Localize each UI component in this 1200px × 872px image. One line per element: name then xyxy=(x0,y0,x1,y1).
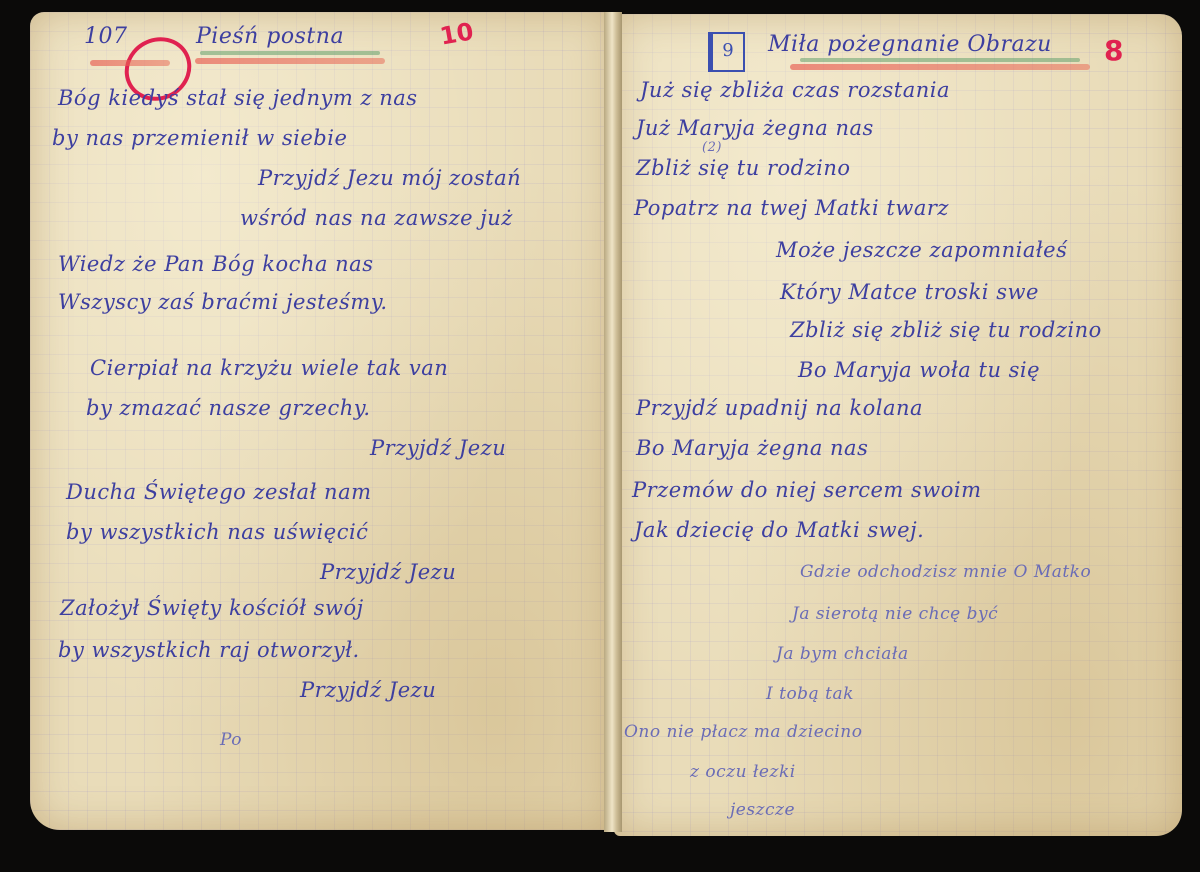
green-underline xyxy=(800,58,1080,62)
lyric-line: Jak dziecię do Matki swej. xyxy=(634,518,924,542)
lyric-line: Przyjdź Jezu xyxy=(320,560,456,584)
left-page-number: 107 xyxy=(84,24,128,49)
lyric-line: Zbliż się tu rodzino xyxy=(636,156,851,180)
lyric-line: Który Matce troski swe xyxy=(780,280,1039,304)
lyric-line: I tobą tak xyxy=(766,684,854,704)
lyric-line: Już Maryja żegna nas xyxy=(636,116,874,140)
lyric-line: jeszcze xyxy=(730,800,795,820)
lyric-line: Bóg kiedyś stał się jednym z nas xyxy=(58,86,418,110)
lyric-line: Cierpiał na krzyżu wiele tak van xyxy=(90,356,448,380)
right-page-title: Miła pożegnanie Obrazu xyxy=(768,32,1052,57)
lyric-line: Przyjdź Jezu xyxy=(300,678,436,702)
notebook-binding xyxy=(604,12,622,832)
lyric-line: Może jeszcze zapomniałeś xyxy=(776,238,1067,262)
lyric-line: Zbliż się zbliż się tu rodzino xyxy=(790,318,1102,342)
repeat-marker: (2) xyxy=(702,140,722,155)
lyric-line: Ja sierotą nie chcę być xyxy=(792,604,998,624)
lyric-line: Wszyscy zaś braćmi jesteśmy. xyxy=(58,290,388,314)
lyric-line: Wiedz że Pan Bóg kocha nas xyxy=(58,252,373,276)
lyric-line: Ja bym chciała xyxy=(776,644,909,664)
lyric-line: Przemów do niej sercem swoim xyxy=(632,478,982,502)
left-red-number: 10 xyxy=(438,17,476,50)
lyric-line: Założył Święty kościół swój xyxy=(60,596,364,620)
lyric-line: by zmazać nasze grzechy. xyxy=(86,396,371,420)
lyric-line: Po xyxy=(220,730,242,750)
green-underline xyxy=(200,51,380,55)
lyric-line: Ducha Świętego zesłał nam xyxy=(66,480,372,504)
lyric-line: Bo Maryja żegna nas xyxy=(636,436,868,460)
lyric-line: Przyjdź Jezu xyxy=(370,436,506,460)
lyric-line: Przyjdź Jezu mój zostań xyxy=(258,166,521,190)
red-underline xyxy=(195,58,385,64)
lyric-line: by nas przemienił w siebie xyxy=(52,126,347,150)
red-underline xyxy=(790,64,1090,70)
lyric-line: Popatrz na twej Matki twarz xyxy=(634,196,949,220)
lyric-line: Ono nie płacz ma dziecino xyxy=(624,722,862,742)
boxed-number-icon: 9 xyxy=(708,32,745,72)
red-underline xyxy=(90,60,170,66)
lyric-line: Bo Maryja woła tu się xyxy=(798,358,1040,382)
lyric-line: Gdzie odchodzisz mnie O Matko xyxy=(800,562,1091,582)
lyric-line: Już się zbliża czas rozstania xyxy=(640,78,950,102)
lyric-line: wśród nas na zawsze już xyxy=(240,206,513,230)
right-red-number: 8 xyxy=(1104,34,1123,67)
lyric-line: by wszystkich nas uświęcić xyxy=(66,520,368,544)
lyric-line: Przyjdź upadnij na kolana xyxy=(636,396,923,420)
left-page-title: Pieśń postna xyxy=(196,24,344,49)
lyric-line: by wszystkich raj otworzył. xyxy=(58,638,360,662)
lyric-line: z oczu łezki xyxy=(690,762,796,782)
